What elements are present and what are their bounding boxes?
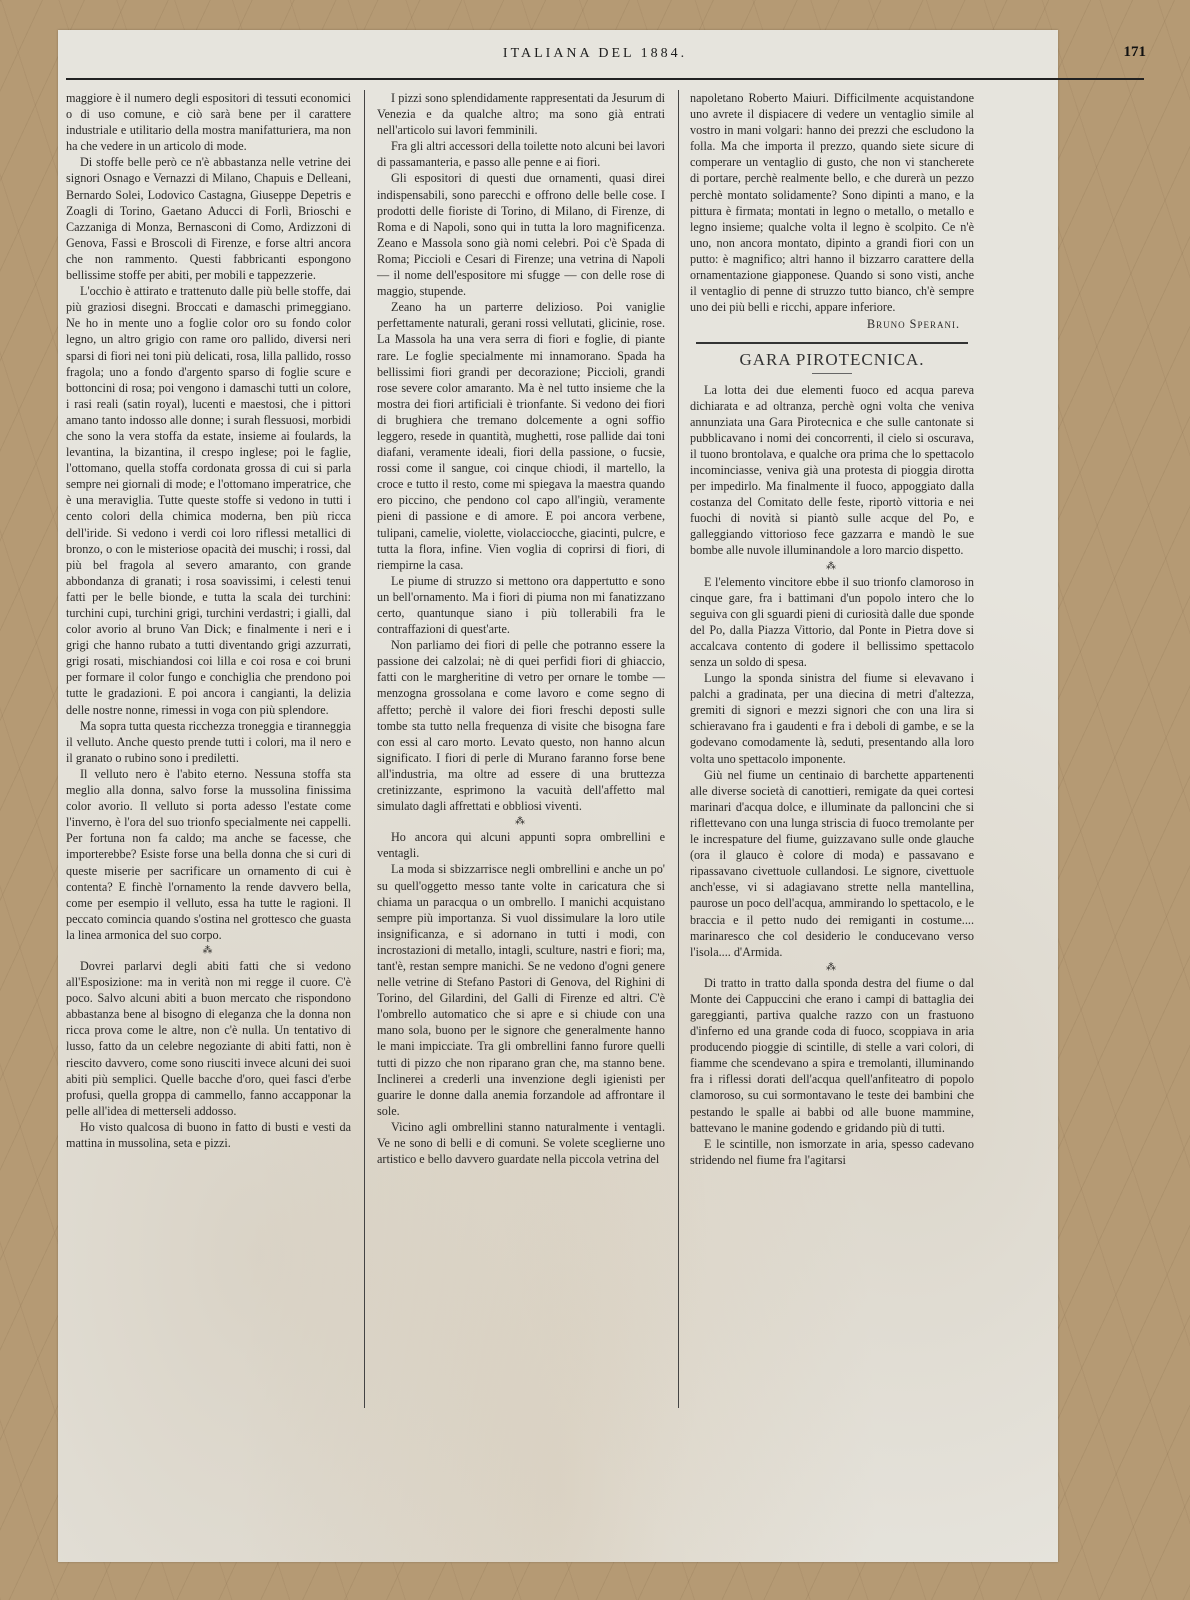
- header-rule: [66, 78, 1144, 80]
- paragraph: E le scintille, non ismorzate in aria, s…: [690, 1136, 974, 1168]
- paragraph: Fra gli altri accessori della toilette n…: [377, 138, 665, 170]
- paragraph: Ma sopra tutta questa ricchezza troneggi…: [66, 718, 351, 766]
- asterism-divider: ⁂: [690, 562, 974, 572]
- author-signature: Bruno Sperani.: [690, 316, 974, 332]
- right-column: napoletano Roberto Maiuri. Difficilmente…: [690, 90, 974, 1168]
- paragraph: Ho visto qualcosa di buono in fatto di b…: [66, 1119, 351, 1151]
- paragraph: maggiore è il numero degli espositori di…: [66, 90, 351, 154]
- paragraph: Vicino agli ombrellini stanno naturalmen…: [377, 1119, 665, 1167]
- paragraph: Non parliamo dei fiori di pelle che potr…: [377, 637, 665, 814]
- paragraph: Gli espositori di questi due ornamenti, …: [377, 170, 665, 299]
- paragraph: napoletano Roberto Maiuri. Difficilmente…: [690, 90, 974, 315]
- paragraph: Di tratto in tratto dalla sponda destra …: [690, 975, 974, 1136]
- title-dash: [812, 373, 852, 374]
- running-title: ITALIANA DEL 1884.: [0, 46, 1190, 62]
- paragraph: I pizzi sono splendidamente rappresentat…: [377, 90, 665, 138]
- paragraph: Giù nel fiume un centinaio di barchette …: [690, 767, 974, 960]
- paragraph: La lotta dei due elementi fuoco ed acqua…: [690, 382, 974, 559]
- section-rule: [696, 342, 968, 344]
- asterism-divider: ⁂: [377, 817, 665, 827]
- paragraph: Dovrei parlarvi degli abiti fatti che si…: [66, 958, 351, 1119]
- paragraph: Le piume di struzzo si mettono ora dappe…: [377, 573, 665, 637]
- paragraph: Il velluto nero è l'abito eterno. Nessun…: [66, 766, 351, 943]
- section-title: GARA PIROTECNICA.: [690, 352, 974, 368]
- middle-column: I pizzi sono splendidamente rappresentat…: [377, 90, 665, 1167]
- paragraph: E l'elemento vincitore ebbe il suo trion…: [690, 574, 974, 671]
- left-column: maggiore è il numero degli espositori di…: [66, 90, 351, 1151]
- asterism-divider: ⁂: [66, 946, 351, 956]
- paragraph: La moda si sbizzarrisce negli ombrellini…: [377, 861, 665, 1119]
- column-divider: [678, 90, 679, 1408]
- page-number: 171: [1124, 44, 1147, 61]
- paragraph: Ho ancora qui alcuni appunti sopra ombre…: [377, 829, 665, 861]
- paragraph: L'occhio è attirato e trattenuto dalle p…: [66, 283, 351, 718]
- paragraph: Zeano ha un parterre delizioso. Poi vani…: [377, 299, 665, 573]
- paragraph: Di stoffe belle però ce n'è abbastanza n…: [66, 154, 351, 283]
- asterism-divider: ⁂: [690, 963, 974, 973]
- column-divider: [364, 90, 365, 1408]
- paragraph: Lungo la sponda sinistra del fiume si el…: [690, 670, 974, 767]
